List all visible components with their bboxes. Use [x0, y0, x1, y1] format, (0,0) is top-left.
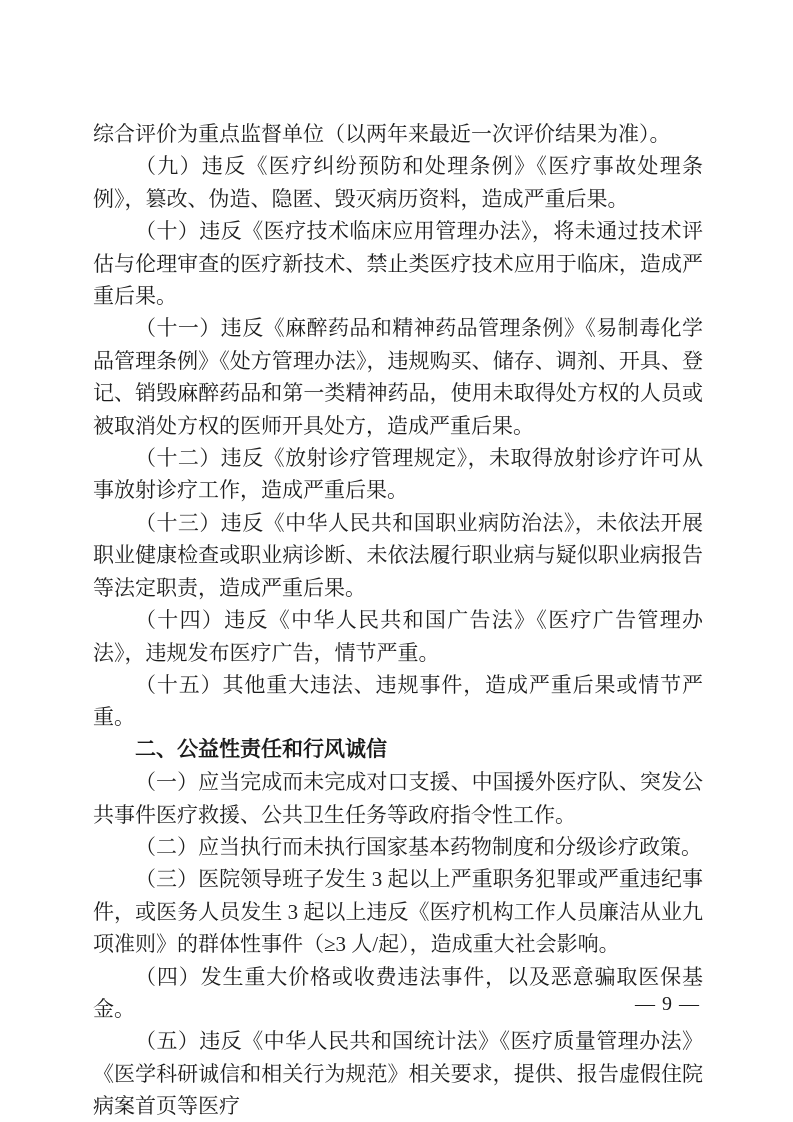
document-page: 综合评价为重点监督单位（以两年来最近一次评价结果为准）。 （九）违反《医疗纠纷预… — [0, 0, 793, 1122]
paragraph-item-2: （二）应当执行而未执行国家基本药物制度和分级诊疗政策。 — [93, 831, 703, 863]
paragraph-continuation: 综合评价为重点监督单位（以两年来最近一次评价结果为准）。 — [93, 118, 703, 150]
paragraph-item-12: （十二）违反《放射诊疗管理规定》，未取得放射诊疗许可从事放射诊疗工作，造成严重后… — [93, 442, 703, 507]
paragraph-item-9: （九）违反《医疗纠纷预防和处理条例》《医疗事故处理条例》，篡改、伪造、隐匿、毁灭… — [93, 150, 703, 215]
paragraph-item-10: （十）违反《医疗技术临床应用管理办法》，将未通过技术评估与伦理审查的医疗新技术、… — [93, 215, 703, 312]
page-number: — 9 — — [635, 993, 700, 1016]
document-body: 综合评价为重点监督单位（以两年来最近一次评价结果为准）。 （九）违反《医疗纠纷预… — [93, 118, 703, 1122]
section-heading: 二、公益性责任和行风诚信 — [93, 734, 703, 766]
paragraph-item-3: （三）医院领导班子发生 3 起以上严重职务犯罪或严重违纪事件，或医务人员发生 3… — [93, 863, 703, 960]
paragraph-item-1: （一）应当完成而未完成对口支援、中国援外医疗队、突发公共事件医疗救援、公共卫生任… — [93, 766, 703, 831]
paragraph-item-4: （四）发生重大价格或收费违法事件，以及恶意骗取医保基金。 — [93, 961, 703, 1026]
paragraph-item-14: （十四）违反《中华人民共和国广告法》《医疗广告管理办法》，违规发布医疗广告，情节… — [93, 604, 703, 669]
paragraph-item-15: （十五）其他重大违法、违规事件，造成严重后果或情节严重。 — [93, 669, 703, 734]
paragraph-item-13: （十三）违反《中华人民共和国职业病防治法》，未依法开展职业健康检查或职业病诊断、… — [93, 507, 703, 604]
paragraph-item-5: （五）违反《中华人民共和国统计法》《医疗质量管理办法》《医学科研诚信和相关行为规… — [93, 1025, 703, 1122]
paragraph-item-11: （十一）违反《麻醉药品和精神药品管理条例》《易制毒化学品管理条例》《处方管理办法… — [93, 312, 703, 442]
